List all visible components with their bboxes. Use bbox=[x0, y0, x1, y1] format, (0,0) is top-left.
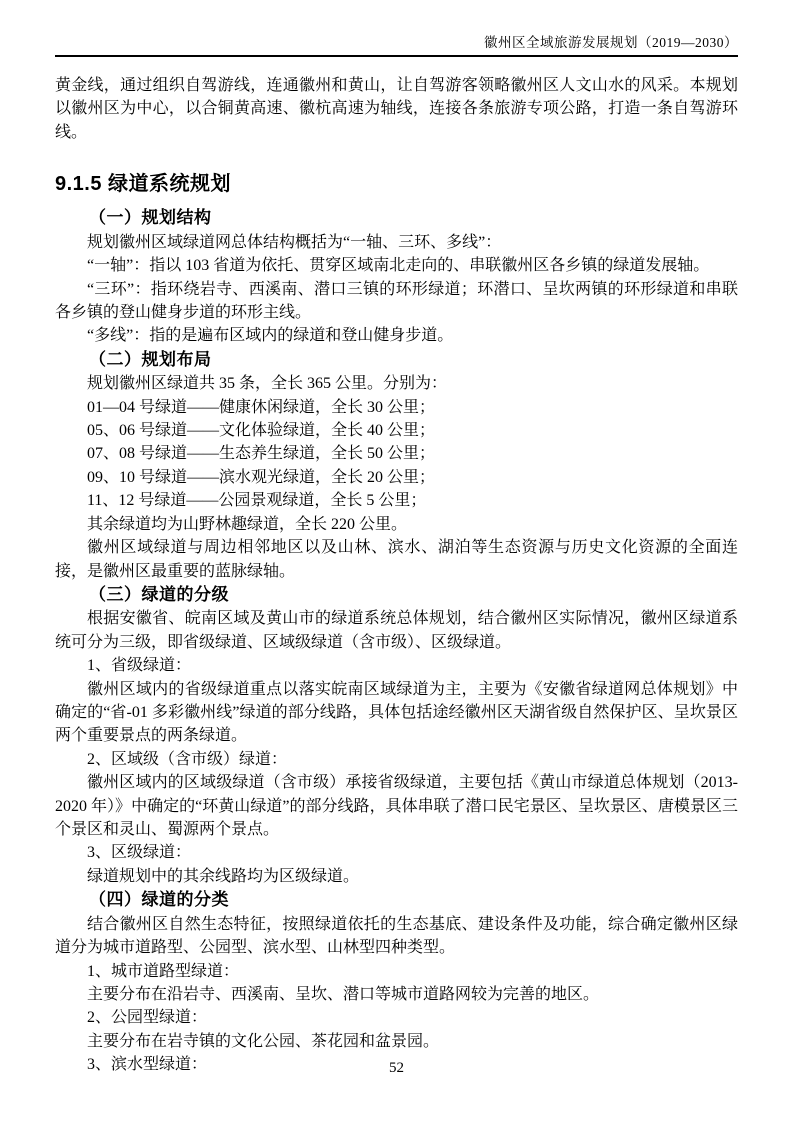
greenway-list-item: 07、08 号绿道——生态养生绿道，全长 50 公里； bbox=[55, 442, 738, 465]
greenway-list-item: 05、06 号绿道——文化体验绿道，全长 40 公里； bbox=[55, 419, 738, 442]
paragraph: 徽州区域内的区域级绿道（含市级）承接省级绿道，主要包括《黄山市绿道总体规划（20… bbox=[55, 771, 738, 841]
paragraph: 结合徽州区自然生态特征，按照绿道依托的生态基底、建设条件及功能，综合确定徽州区绿… bbox=[55, 913, 738, 960]
numbered-item: 3、区级绿道： bbox=[55, 841, 738, 864]
subsection-4-heading: （四）绿道的分类 bbox=[55, 888, 738, 913]
subsection-3-heading: （三）绿道的分级 bbox=[55, 583, 738, 608]
paragraph: “一轴”：指以 103 省道为依托、贯穿区域南北走向的、串联徽州区各乡镇的绿道发… bbox=[55, 254, 738, 277]
subsection-1-heading: （一）规划结构 bbox=[55, 206, 738, 231]
paragraph: 主要分布在沿岩寺、西溪南、呈坎、潜口等城市道路网较为完善的地区。 bbox=[55, 983, 738, 1006]
greenway-list-item: 09、10 号绿道——滨水观光绿道，全长 20 公里； bbox=[55, 466, 738, 489]
numbered-item: 1、城市道路型绿道： bbox=[55, 960, 738, 983]
numbered-item: 1、省级绿道： bbox=[55, 654, 738, 677]
paragraph: 徽州区域内的省级绿道重点以落实皖南区域绿道为主，主要为《安徽省绿道网总体规划》中… bbox=[55, 678, 738, 748]
paragraph: 徽州区域绿道与周边相邻地区以及山林、滨水、湖泊等生态资源与历史文化资源的全面连接… bbox=[55, 536, 738, 583]
section-951-heading: 9.1.5 绿道系统规划 bbox=[55, 171, 738, 197]
paragraph: 规划徽州区域绿道网总体结构概括为“一轴、三环、多线”： bbox=[55, 231, 738, 254]
document-body: 黄金线，通过组织自驾游线，连通徽州和黄山，让自驾游客领略徽州区人文山水的风采。本… bbox=[55, 57, 738, 1077]
greenway-list-item: 其余绿道均为山野林趣绿道，全长 220 公里。 bbox=[55, 513, 738, 536]
paragraph: 绿道规划中的其余线路均为区级绿道。 bbox=[55, 865, 738, 888]
page-header: 徽州区全域旅游发展规划（2019—2030） bbox=[55, 0, 738, 57]
subsection-2-heading: （二）规划布局 bbox=[55, 348, 738, 373]
greenway-list-item: 11、12 号绿道——公园景观绿道，全长 5 公里； bbox=[55, 489, 738, 512]
numbered-item: 2、公园型绿道： bbox=[55, 1006, 738, 1029]
paragraph: “三环”：指环绕岩寺、西溪南、潜口三镇的环形绿道；环潜口、呈坎两镇的环形绿道和串… bbox=[55, 278, 738, 325]
continued-paragraph: 黄金线，通过组织自驾游线，连通徽州和黄山，让自驾游客领略徽州区人文山水的风采。本… bbox=[55, 74, 738, 144]
paragraph: 主要分布在岩寺镇的文化公园、茶花园和盆景园。 bbox=[55, 1030, 738, 1053]
numbered-item: 2、区域级（含市级）绿道： bbox=[55, 748, 738, 771]
paragraph: 根据安徽省、皖南区域及黄山市的绿道系统总体规划，结合徽州区实际情况，徽州区绿道系… bbox=[55, 607, 738, 654]
document-page: 徽州区全域旅游发展规划（2019—2030） 黄金线，通过组织自驾游线，连通徽州… bbox=[0, 0, 793, 1122]
paragraph: 规划徽州区绿道共 35 条，全长 365 公里。分别为： bbox=[55, 372, 738, 395]
page-footer: 52 bbox=[0, 1059, 793, 1077]
paragraph: “多线”：指的是遍布区域内的绿道和登山健身步道。 bbox=[55, 324, 738, 347]
header-title: 徽州区全域旅游发展规划（2019—2030） bbox=[484, 35, 738, 50]
greenway-list-item: 01—04 号绿道——健康休闲绿道，全长 30 公里； bbox=[55, 396, 738, 419]
page-number: 52 bbox=[389, 1060, 404, 1076]
